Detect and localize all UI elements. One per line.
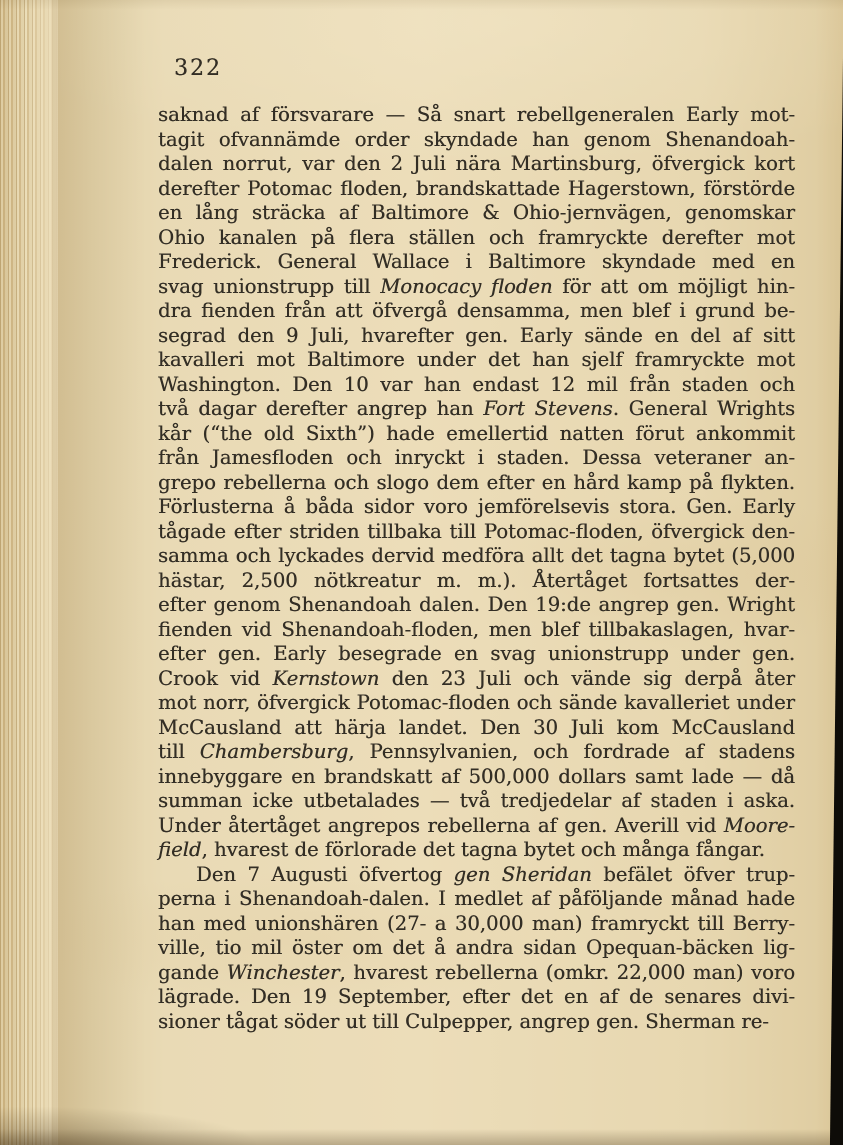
text-segment: perna i Shenandoah-dalen. I medlet af på… <box>158 887 795 910</box>
text-segment: kår (“the old Sixth”) hade emellertid na… <box>158 422 795 445</box>
text-segment: grepo rebellerna och slogo dem efter en … <box>158 471 795 494</box>
text-line: mot norr, öfvergick Potomac-floden och s… <box>158 691 795 716</box>
text-line: McCausland att härja landet. Den 30 Juli… <box>158 716 795 741</box>
text-segment: segrad den 9 Juli, hvarefter gen. Early … <box>158 324 795 347</box>
text-line: kavalleri mot Baltimore under det han sj… <box>158 348 795 373</box>
text-line: Frederick. General Wallace i Baltimore s… <box>158 250 795 275</box>
text-segment: Förlusterna å båda sidor voro jemförelse… <box>158 495 795 518</box>
text-segment: Den 7 Augusti öfvertog <box>196 863 454 886</box>
italic-text-segment: field <box>158 838 201 861</box>
text-line: Ohio kanalen på flera ställen och framry… <box>158 226 795 251</box>
text-line: Washington. Den 10 var han endast 12 mil… <box>158 373 795 398</box>
text-line: saknad af försvarare — Så snart rebellge… <box>158 103 795 128</box>
italic-text-segment: gen Sheridan <box>454 863 592 886</box>
text-line: Den 7 Augusti öfvertog gen Sheridan befä… <box>158 863 795 888</box>
text-segment: befälet öfver trup- <box>592 863 795 886</box>
text-segment: efter gen. Early besegrade en svag union… <box>158 642 795 665</box>
text-line: segrad den 9 Juli, hvarefter gen. Early … <box>158 324 795 349</box>
italic-text-segment: Monocacy floden <box>380 275 552 298</box>
text-segment: gande <box>158 961 227 984</box>
book-binding-edge <box>0 0 58 1145</box>
text-segment: fienden vid Shenandoah-floden, men blef … <box>158 618 795 641</box>
text-segment: från Jamesfloden och inryckt i staden. D… <box>158 446 795 469</box>
text-line: svag unionstrupp till Monocacy floden fö… <box>158 275 795 300</box>
text-line: grepo rebellerna och slogo dem efter en … <box>158 471 795 496</box>
text-segment: sioner tågat söder ut till Culpepper, an… <box>158 1010 769 1033</box>
text-line: gande Winchester, hvarest rebellerna (om… <box>158 961 795 986</box>
text-line: dra fienden från att öfvergå densamma, m… <box>158 299 795 324</box>
text-segment: tågade efter striden tillbaka till Potom… <box>158 520 795 543</box>
text-segment: dalen norrut, var den 2 Juli nära Martin… <box>158 152 795 175</box>
text-segment: derefter Potomac floden, brandskattade H… <box>158 177 795 200</box>
text-segment: hästar, 2,500 nötkreatur m. m.). Återtåg… <box>158 569 795 592</box>
text-line: två dagar derefter angrep han Fort Steve… <box>158 397 795 422</box>
text-segment: Washington. Den 10 var han endast 12 mil… <box>158 373 795 396</box>
text-line: field, hvarest de förlorade det tagna by… <box>158 838 795 863</box>
text-segment: två dagar derefter angrep han <box>158 397 483 420</box>
text-line: Crook vid Kernstown den 23 Juli och vänd… <box>158 667 795 692</box>
text-segment: han med unionshären (27- a 30,000 man) f… <box>158 912 795 935</box>
text-segment: samma och lyckades dervid medföra allt d… <box>158 544 795 567</box>
text-line: derefter Potomac floden, brandskattade H… <box>158 177 795 202</box>
text-line: lägrade. Den 19 September, efter det en … <box>158 985 795 1010</box>
text-line: efter gen. Early besegrade en svag union… <box>158 642 795 667</box>
text-line: efter genom Shenandoah dalen. Den 19:de … <box>158 593 795 618</box>
text-segment: Ohio kanalen på flera ställen och framry… <box>158 226 795 249</box>
text-line: kår (“the old Sixth”) hade emellertid na… <box>158 422 795 447</box>
italic-text-segment: Kernstown <box>272 667 379 690</box>
italic-text-segment: Winchester <box>227 961 340 984</box>
text-line: Förlusterna å båda sidor voro jemförelse… <box>158 495 795 520</box>
italic-text-segment: Chambersburg <box>200 740 349 763</box>
text-segment: , Pennsylvanien, och fordrade af stadens <box>348 740 795 763</box>
page-surface: 322 saknad af försvarare — Så snart rebe… <box>0 0 843 1145</box>
text-segment: dra fienden från att öfvergå densamma, m… <box>158 299 795 322</box>
text-line: summan icke utbetalades — två tredjedela… <box>158 789 795 814</box>
text-segment: saknad af försvarare — Så snart rebellge… <box>158 103 795 126</box>
text-line: dalen norrut, var den 2 Juli nära Martin… <box>158 152 795 177</box>
text-segment: mot norr, öfvergick Potomac-floden och s… <box>158 691 795 714</box>
text-segment: tagit ofvannämde order skyndade han geno… <box>158 128 795 151</box>
text-segment: för att om möjligt hin- <box>553 275 795 298</box>
text-line: han med unionshären (27- a 30,000 man) f… <box>158 912 795 937</box>
text-segment: McCausland att härja landet. Den 30 Juli… <box>158 716 795 739</box>
text-line: tågade efter striden tillbaka till Potom… <box>158 520 795 545</box>
text-line: till Chambersburg, Pennsylvanien, och fo… <box>158 740 795 765</box>
text-segment: innebyggare en brandskatt af 500,000 dol… <box>158 765 795 788</box>
scanned-book-page: 322 saknad af försvarare — Så snart rebe… <box>0 0 843 1145</box>
text-segment: kavalleri mot Baltimore under det han sj… <box>158 348 795 371</box>
text-line: en lång sträcka af Baltimore & Ohio-jern… <box>158 201 795 226</box>
text-line: ville, tio mil öster om det å andra sida… <box>158 936 795 961</box>
text-line: fienden vid Shenandoah-floden, men blef … <box>158 618 795 643</box>
text-segment: en lång sträcka af Baltimore & Ohio-jern… <box>158 201 795 224</box>
text-line: samma och lyckades dervid medföra allt d… <box>158 544 795 569</box>
italic-text-segment: Fort Stevens <box>483 397 612 420</box>
text-segment: Crook vid <box>158 667 272 690</box>
page-number: 322 <box>174 56 222 81</box>
text-line: från Jamesfloden och inryckt i staden. D… <box>158 446 795 471</box>
text-segment: , hvarest rebellerna (omkr. 22,000 man) … <box>339 961 795 984</box>
italic-text-segment: Moore- <box>724 814 795 837</box>
text-segment: Frederick. General Wallace i Baltimore s… <box>158 250 795 273</box>
body-text: saknad af försvarare — Så snart rebellge… <box>158 103 795 1034</box>
text-line: tagit ofvannämde order skyndade han geno… <box>158 128 795 153</box>
text-segment: . General Wrights <box>613 397 795 420</box>
text-segment: summan icke utbetalades — två tredjedela… <box>158 789 795 812</box>
text-line: hästar, 2,500 nötkreatur m. m.). Återtåg… <box>158 569 795 594</box>
text-line: Under återtåget angrepos rebellerna af g… <box>158 814 795 839</box>
text-segment: efter genom Shenandoah dalen. Den 19:de … <box>158 593 795 616</box>
text-segment: svag unionstrupp till <box>158 275 380 298</box>
text-line: sioner tågat söder ut till Culpepper, an… <box>158 1010 795 1035</box>
text-segment: till <box>158 740 200 763</box>
text-segment: Under återtåget angrepos rebellerna af g… <box>158 814 724 837</box>
gutter-shadow <box>52 0 162 1145</box>
text-segment: ville, tio mil öster om det å andra sida… <box>158 936 795 959</box>
text-line: perna i Shenandoah-dalen. I medlet af på… <box>158 887 795 912</box>
text-segment: den 23 Juli och vände sig derpå åter <box>379 667 795 690</box>
text-segment: , hvarest de förlorade det tagna bytet o… <box>201 838 764 861</box>
text-segment: lägrade. Den 19 September, efter det en … <box>158 985 795 1008</box>
text-line: innebyggare en brandskatt af 500,000 dol… <box>158 765 795 790</box>
